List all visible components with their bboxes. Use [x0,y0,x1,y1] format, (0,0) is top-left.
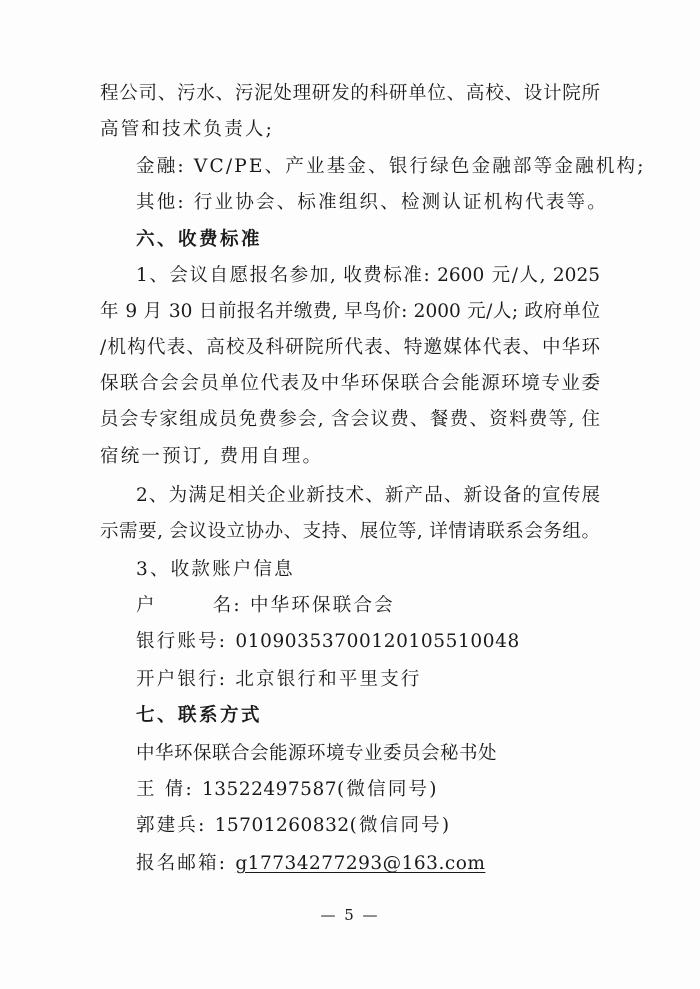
paragraph-line: 保联合会会员单位代表及中华环保联合会能源环境专业委 [100,372,600,396]
account-name-label-1: 户 [136,595,157,616]
contact-phone: 15701260832 [215,815,350,836]
account-name-label-2: 名: [213,595,242,616]
contact-row: 郭建兵: 15701260832(微信同号) [136,814,600,838]
subsection-title: 3、收款账户信息 [136,558,600,582]
bank-value: 北京银行和平里支行 [235,669,421,690]
text-line: 金融: VC/PE、产业基金、银行绿色金融部等金融机构; [136,155,600,179]
contact-note: (微信同号) [337,779,439,800]
paragraph-line: 年 9 月 30 日前报名并缴费, 早鸟价: 2000 元/人; 政府单位 [100,300,600,324]
account-number-label: 银行账号: [136,631,227,652]
contact-name: 郭建兵: [136,815,207,836]
paragraph-line: 员会专家组成员免费参会, 含会议费、餐费、资料费等, 住 [100,408,600,432]
account-name-row: 户名: 中华环保联合会 [136,594,600,618]
paragraph-line: /机构代表、高校及科研院所代表、特邀媒体代表、中华环 [100,336,600,360]
bank-label: 开户银行: [136,669,227,690]
email-link[interactable]: g17734277293@163.com [235,853,485,874]
text-line: 程公司、污水、污泥处理研发的科研单位、高校、设计院所 [100,82,600,106]
text-line: 高管和技术负责人; [100,118,600,142]
paragraph-line: 1、会议自愿报名参加, 收费标准: 2600 元/人, 2025 [136,264,600,288]
contact-name: 王 倩: [136,779,194,800]
paragraph-line: 示需要, 会议设立协办、支持、展位等, 详情请联系会务组。 [100,520,600,544]
section-heading: 六、收费标准 [136,228,600,252]
bank-row: 开户银行: 北京银行和平里支行 [136,668,600,692]
contact-phone: 13522497587 [202,779,337,800]
contact-note: (微信同号) [350,815,452,836]
email-label: 报名邮箱: [136,853,227,874]
section-heading: 七、联系方式 [136,704,600,728]
page-number: — 5 — [0,906,700,924]
org-name: 中华环保联合会能源环境专业委员会秘书处 [136,742,600,766]
contact-row: 王 倩: 13522497587(微信同号) [136,778,600,802]
text-line: 其他: 行业协会、标准组织、检测认证机构代表等。 [136,191,600,215]
paragraph-line: 宿统一预订, 费用自理。 [100,445,600,469]
email-row: 报名邮箱: g17734277293@163.com [136,852,600,876]
account-name-value: 中华环保联合会 [250,595,395,616]
document-page: 程公司、污水、污泥处理研发的科研单位、高校、设计院所 高管和技术负责人; 金融:… [0,0,700,989]
account-number-value: 01090353700120105510048 [235,631,520,652]
paragraph-line: 2、为满足相关企业新技术、新产品、新设备的宣传展 [136,484,600,508]
account-number-row: 银行账号: 01090353700120105510048 [136,630,600,654]
